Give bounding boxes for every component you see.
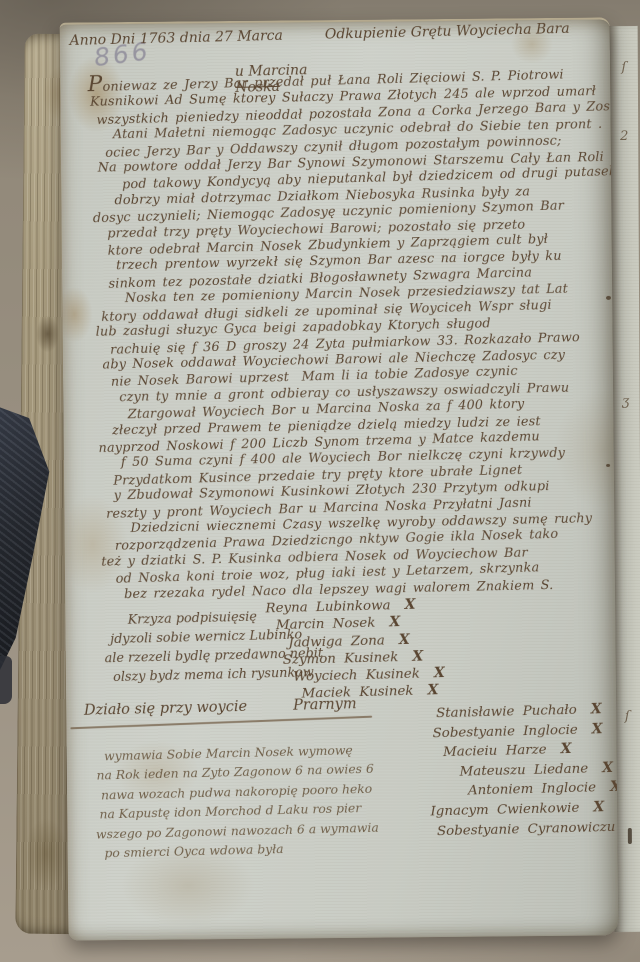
header-date: Anno Dni 1763 dnia 27 Marca <box>69 28 283 49</box>
witness-mark-x: X <box>412 648 423 666</box>
faint-ink-mark: ʒ <box>612 394 640 409</box>
wymowa-note: wymawia Sobie Marcin Nosek wymowęna Rok … <box>104 738 437 862</box>
faint-ink-mark: 2 <box>610 129 638 144</box>
faint-ink-mark: ſ <box>613 709 640 724</box>
witness-mark-x: X <box>560 740 571 759</box>
manuscript-page: 866 Anno Dni 1763 dnia 27 Marca Odkupien… <box>60 17 619 940</box>
witness-name: Ignacym Cwienkowie <box>430 800 579 822</box>
witness-mark-x: X <box>434 665 445 683</box>
witness-name: Stanisławie Puchało <box>436 702 577 724</box>
manuscript-body: Poniewaz ze Jerzy Bar przedał puł Łana R… <box>87 64 614 604</box>
witness-mark-x: X <box>591 720 602 739</box>
witness-mark-x: X <box>427 683 438 701</box>
witness-name: Sobestyanie Inglocie <box>432 721 578 743</box>
closing-right-text: Prarnym <box>293 696 357 714</box>
closing-left-text: Działo się przy woycie <box>84 699 248 719</box>
ink-spot <box>606 296 611 300</box>
witness-signatures-secondary: Stanisławie Puchało X Sobestyanie Ingloc… <box>436 699 619 841</box>
witness-mark-x: X <box>602 759 613 778</box>
witness-name: Macieiu Harze <box>443 742 547 763</box>
dark-book-cover-sliver <box>0 656 12 704</box>
handwritten-content: 866 Anno Dni 1763 dnia 27 Marca Odkupien… <box>60 17 619 940</box>
witness-name: Sobestyanie Cyranowiczu <box>437 818 616 841</box>
manuscript-photo: ſ2ʒſ 866 Anno Dni 1763 dnia 27 Marca Odk… <box>0 0 640 962</box>
witness-signatures-primary: Reyna Lubinkowa X Marcin Nosek X Jadwiga… <box>265 596 445 704</box>
header-title: Odkupienie Grętu Woyciecha Bara <box>325 21 570 43</box>
witness-mark-x: X <box>593 798 604 817</box>
witness-mark-x: X <box>591 700 602 719</box>
ink-spot <box>628 828 632 844</box>
faint-ink-mark: ſ <box>610 60 638 75</box>
closing-line: Działo się przy woycie Prarnym <box>84 696 357 719</box>
witness-name: Antoniem Inglocie <box>468 780 596 802</box>
witness-name: Mateuszu Liedane <box>459 760 588 782</box>
witness-mark-x: X <box>404 597 415 615</box>
witness-mark-x: X <box>389 614 400 632</box>
witness-mark-x: X <box>399 631 410 649</box>
